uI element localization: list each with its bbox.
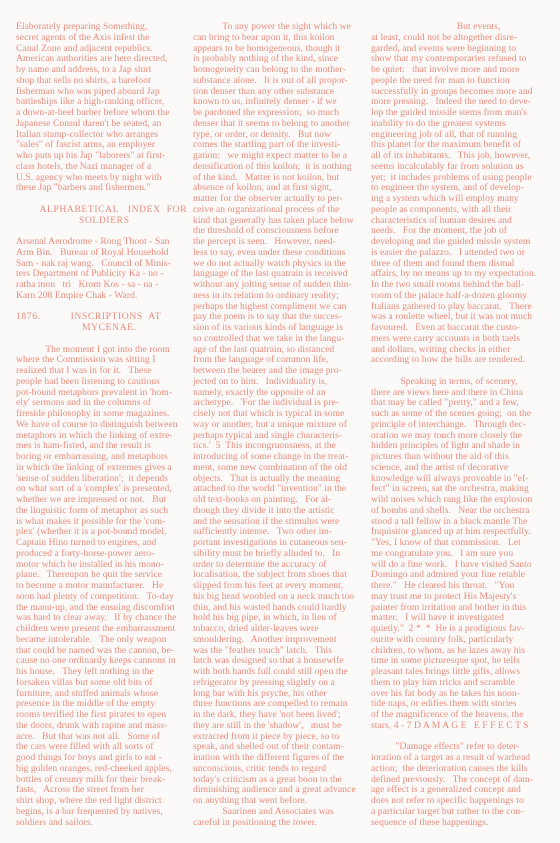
text-line: denser that it seems to belong to anothe… bbox=[193, 119, 371, 130]
text-line: room of the palace half-a-dozen gloomy bbox=[371, 291, 549, 302]
section-heading: MYCENAE. bbox=[16, 323, 194, 334]
text-line: at least, could not be altogether disre- bbox=[371, 33, 549, 44]
text-line: in which the linking of extremes gives a bbox=[16, 463, 194, 474]
text-line: these Jap "barbers and fishermen." bbox=[16, 183, 194, 194]
text-line: way or another, but a unique mixture of bbox=[193, 420, 371, 431]
text-line: inability to do the greatest systems bbox=[371, 119, 549, 130]
text-line: people as components, with all their bbox=[371, 205, 549, 216]
text-line: We have of course to distinguish between bbox=[16, 420, 194, 431]
text-line: ness in its relation to ordinary reality… bbox=[193, 291, 371, 302]
text-line: Arm Bin. Bureau of Royal Household bbox=[16, 248, 194, 259]
left-column: Elaborately preparing Something,secret a… bbox=[16, 22, 194, 828]
text-line: the linguistic form of metaphor as such bbox=[16, 506, 194, 517]
text-line: science, and the artist of decorative bbox=[371, 463, 549, 474]
text-line: big golden oranges, red-cheeked apples, bbox=[16, 764, 194, 775]
text-line: they are still in the 'shadow', must be bbox=[193, 721, 371, 732]
text-line: soldiers and sailors. bbox=[16, 818, 194, 829]
text-line: sequence of these happenings. bbox=[371, 818, 549, 829]
text-line: principle of interchange. Through dec- bbox=[371, 420, 549, 431]
text-line: of bombs and shells. Near the orchestra bbox=[371, 506, 549, 517]
right-column: But events,at least, could not be altoge… bbox=[371, 22, 549, 828]
text-line: ourite with country folk, particularly bbox=[371, 635, 549, 646]
text-line: densification of this koilon; it is noth… bbox=[193, 162, 371, 173]
text-line: less to say, even under these conditions bbox=[193, 248, 371, 259]
text-line: Saarinen and Associates was bbox=[193, 807, 371, 818]
text-line: unconscious, critic tends to regard bbox=[193, 764, 371, 775]
text-line: me congratulate you. I am sure you bbox=[371, 549, 549, 560]
text-line: is easier the palazzo. I attended two or bbox=[371, 248, 549, 259]
text-line: soon had plenty of competition. To-day bbox=[16, 592, 194, 603]
text-line: jected on to him. Individuality is, bbox=[193, 377, 371, 388]
text-line: begins, is a bar frequented by natives, bbox=[16, 807, 194, 818]
text-line: shop that sells no shirts, a barefoot bbox=[16, 76, 194, 87]
text-line: a particular target but rather to the co… bbox=[371, 807, 549, 818]
text-line: produced a forty-horse-power aero- bbox=[16, 549, 194, 560]
text-line: ceive an organizational process of the bbox=[193, 205, 371, 216]
text-line: substance alone. It is out of all propor… bbox=[193, 76, 371, 87]
text-line: refrigerator by pressing slightly on a bbox=[193, 678, 371, 689]
text-line: class hotels, the Nazi manager of a bbox=[16, 162, 194, 173]
text-line: his big head woobled on a neck much too bbox=[193, 592, 371, 603]
middle-column: To any power the sight which wecan bring… bbox=[193, 22, 371, 828]
text-line: can bring to bear upon it, this koilon bbox=[193, 33, 371, 44]
text-line: smouldering. Another improvement bbox=[193, 635, 371, 646]
text-line: people had been listening to cautious bbox=[16, 377, 194, 388]
text-line: may trust me to protect His Majesty's bbox=[371, 592, 549, 603]
section-heading: ALPHABETICAL INDEX FOR bbox=[16, 205, 194, 216]
text-line: the doors, drunk with rapine and mass- bbox=[16, 721, 194, 732]
text-line: though they divide it into the artistic bbox=[193, 506, 371, 517]
text-line: mers were carry accounts in both taels bbox=[371, 334, 549, 345]
text-line: so controlled that we take in the langu- bbox=[193, 334, 371, 345]
text-line: Karn 208 Empire Chak - Ward. bbox=[16, 291, 194, 302]
text-line: Japanese Consul daren't be seated, an bbox=[16, 119, 194, 130]
section-heading: SOLDIERS bbox=[16, 216, 194, 227]
text-line: became intolerable. The only weapon bbox=[16, 635, 194, 646]
text-line: forsaken villas but some old bits of bbox=[16, 678, 194, 689]
text-line: stars, 4 - 7 D A M A G E E F F E C T S bbox=[371, 721, 549, 732]
text-line: according to how the bills are rendered. bbox=[371, 355, 549, 366]
text-line: careful in positioning the tower. bbox=[193, 818, 371, 829]
text-line: people the need for man to function bbox=[371, 76, 549, 87]
text-line: them to play him tricks and scramble bbox=[371, 678, 549, 689]
text-line: secret agents of the Axis infest the bbox=[16, 33, 194, 44]
text-line: seems incalculably far from solution as bbox=[371, 162, 549, 173]
text-line: action; the deterioration causes the kil… bbox=[371, 764, 549, 775]
text-line: ment, some new combination of the old bbox=[193, 463, 371, 474]
text-line: Speaking in terms, of scenery, bbox=[371, 377, 549, 388]
paragraph-gap bbox=[16, 334, 194, 345]
text-line: sibility must be briefly alluded to. In bbox=[193, 549, 371, 560]
